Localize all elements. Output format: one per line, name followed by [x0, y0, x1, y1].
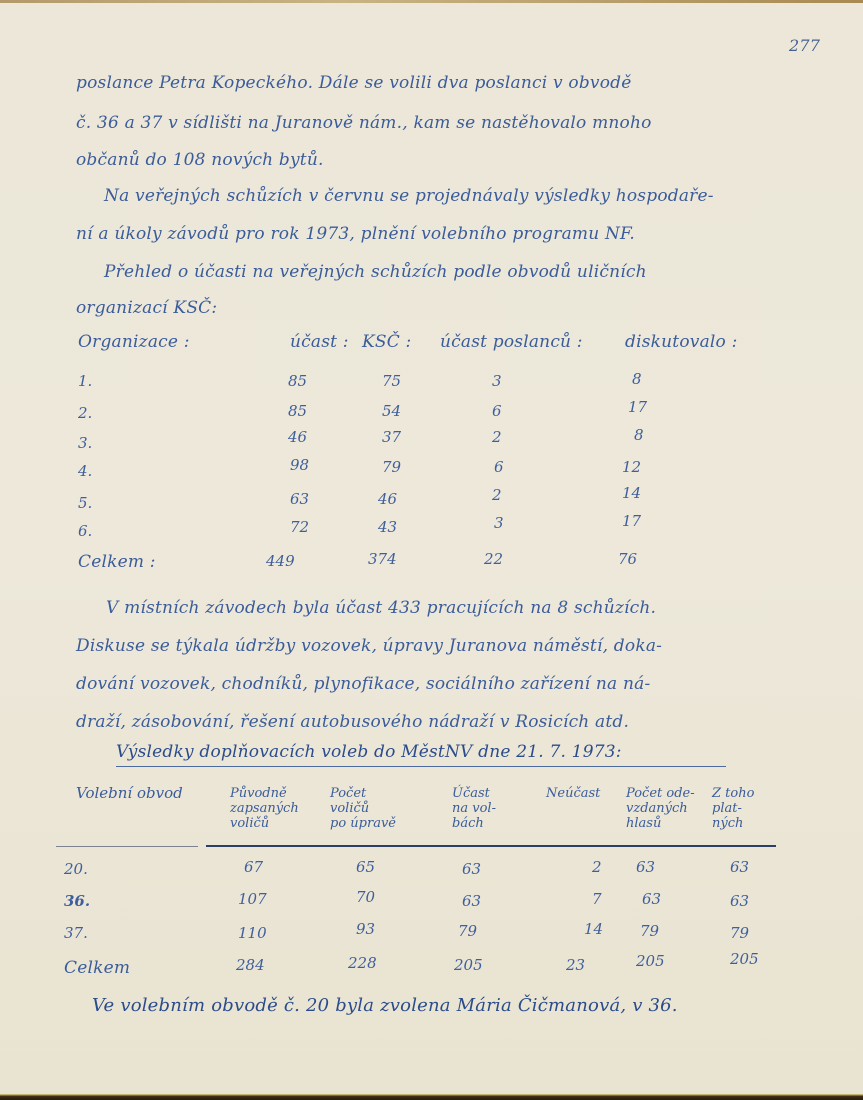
- table-1-header-ksc: KSČ :: [362, 332, 412, 352]
- cell-ksc: 54: [382, 402, 401, 420]
- cell-ksc: 46: [378, 490, 397, 508]
- title-underline: [116, 766, 726, 767]
- page-number: 277: [789, 36, 820, 55]
- cell-platnych: 79: [730, 924, 749, 942]
- cell-ucast: 72: [290, 518, 309, 536]
- cell-poslancu: 6: [492, 402, 502, 420]
- cell-ucast: 85: [288, 372, 307, 390]
- cell-odevzdanych: 79: [640, 922, 659, 940]
- paragraph-1-line-2: č. 36 a 37 v sídlišti na Juranově nám., …: [76, 113, 652, 133]
- table-2-header-odevzdanych: Počet ode- vzdaných hlasů: [626, 786, 695, 831]
- cell-diskutovalo: 17: [628, 398, 647, 416]
- cell-org: 4.: [78, 462, 92, 480]
- cell-ucast: 449: [266, 552, 295, 570]
- cell-po-uprave: 228: [348, 954, 377, 972]
- cell-platnych: 63: [730, 892, 749, 910]
- cell-poslancu: 2: [492, 486, 502, 504]
- cell-ksc: 374: [368, 550, 397, 568]
- paragraph-4-line-3: dování vozovek, chodníků, plynofikace, s…: [76, 674, 650, 694]
- paragraph-2-line-2: ní a úkoly závodů pro rok 1973, plnění v…: [76, 224, 635, 244]
- cell-ksc: 43: [378, 518, 397, 536]
- table-2-header-platnych: Z toho plat- ných: [712, 786, 754, 831]
- cell-puvodne: 284: [236, 956, 265, 974]
- cell-odevzdanych: 63: [642, 890, 661, 908]
- cell-ksc: 37: [382, 428, 401, 446]
- cell-odevzdanych: 205: [636, 952, 665, 970]
- cell-poslancu: 6: [494, 458, 504, 476]
- table-2-header-obvod: Volební obvod: [76, 786, 183, 801]
- cell-diskutovalo: 12: [622, 458, 641, 476]
- cell-diskutovalo: 76: [618, 550, 637, 568]
- cell-neucast: 23: [566, 956, 585, 974]
- cell-odevzdanych: 63: [636, 858, 655, 876]
- cell-po-uprave: 70: [356, 888, 375, 906]
- paragraph-4-line-1: V místních závodech byla účast 433 pracu…: [106, 598, 656, 618]
- cell-poslancu: 3: [492, 372, 502, 390]
- cell-org: 3.: [78, 434, 92, 452]
- table-2-header-neucast: Neúčast: [546, 786, 600, 801]
- table-2-header-po-uprave: Počet voličů po úpravě: [330, 786, 396, 831]
- paragraph-3-line-1: Přehled o účasti na veřejných schůzích p…: [104, 262, 647, 282]
- cell-ksc: 75: [382, 372, 401, 390]
- cell-org: 2.: [78, 404, 92, 422]
- cell-poslancu: 3: [494, 514, 504, 532]
- cell-neucast: 7: [592, 890, 602, 908]
- page-bottom-edge: [0, 1094, 863, 1100]
- header-divider-left: [56, 846, 198, 847]
- cell-po-uprave: 65: [356, 858, 375, 876]
- cell-ucast: 63: [462, 860, 481, 878]
- table-2-header-ucast: Účast na vol- bách: [452, 786, 496, 831]
- cell-diskutovalo: 8: [632, 370, 642, 388]
- table-2-header-puvodne: Původně zapsaných voličů: [230, 786, 299, 831]
- cell-ucast: 205: [454, 956, 483, 974]
- cell-obvod: Celkem: [64, 958, 130, 978]
- cell-platnych: 63: [730, 858, 749, 876]
- cell-obvod: 37.: [64, 924, 88, 942]
- cell-diskutovalo: 17: [622, 512, 641, 530]
- paragraph-3-line-2: organizací KSČ:: [76, 298, 217, 318]
- page-top-edge: [0, 0, 863, 3]
- cell-ucast: 79: [458, 922, 477, 940]
- cell-org: 1.: [78, 372, 92, 390]
- notebook-page: 277 poslance Petra Kopeckého. Dále se vo…: [0, 0, 863, 1094]
- cell-ksc: 79: [382, 458, 401, 476]
- cell-obvod: 20.: [64, 860, 88, 878]
- paragraph-4-line-4: draží, zásobování, řešení autobusového n…: [76, 712, 629, 732]
- cell-obvod: 36.: [64, 892, 90, 910]
- paragraph-1-line-3: občanů do 108 nových bytů.: [76, 150, 324, 170]
- paragraph-2-line-1: Na veřejných schůzích v červnu se projed…: [104, 186, 714, 206]
- cell-puvodne: 110: [238, 924, 267, 942]
- table-1-header-diskutovalo: diskutovalo :: [625, 332, 738, 352]
- cell-puvodne: 67: [244, 858, 263, 876]
- cell-diskutovalo: 14: [622, 484, 641, 502]
- cell-puvodne: 107: [238, 890, 267, 908]
- cell-poslancu: 22: [484, 550, 503, 568]
- cell-neucast: 14: [584, 920, 603, 938]
- table-1-header-org: Organizace :: [78, 332, 190, 352]
- table-2-title: Výsledky doplňovacích voleb do MěstNV dn…: [116, 742, 622, 762]
- cell-poslancu: 2: [492, 428, 502, 446]
- cell-org: 5.: [78, 494, 92, 512]
- cell-ucast: 85: [288, 402, 307, 420]
- cell-ucast: 46: [288, 428, 307, 446]
- cell-ucast: 63: [462, 892, 481, 910]
- cell-neucast: 2: [592, 858, 602, 876]
- cell-platnych: 205: [730, 950, 759, 968]
- header-divider-right: [206, 845, 776, 847]
- table-1-header-poslancu: účast poslanců :: [440, 332, 583, 352]
- paragraph-4-line-2: Diskuse se týkala údržby vozovek, úpravy…: [76, 636, 662, 656]
- cell-diskutovalo: 8: [634, 426, 644, 444]
- cell-po-uprave: 93: [356, 920, 375, 938]
- cell-org: 6.: [78, 522, 92, 540]
- cell-ucast: 63: [290, 490, 309, 508]
- paragraph-5-line-1: Ve volebním obvodě č. 20 byla zvolena Má…: [92, 996, 678, 1016]
- cell-org: Celkem :: [78, 552, 156, 572]
- cell-ucast: 98: [290, 456, 309, 474]
- table-1-header-ucast: účast :: [290, 332, 349, 352]
- paragraph-1-line-1: poslance Petra Kopeckého. Dále se volili…: [76, 73, 631, 93]
